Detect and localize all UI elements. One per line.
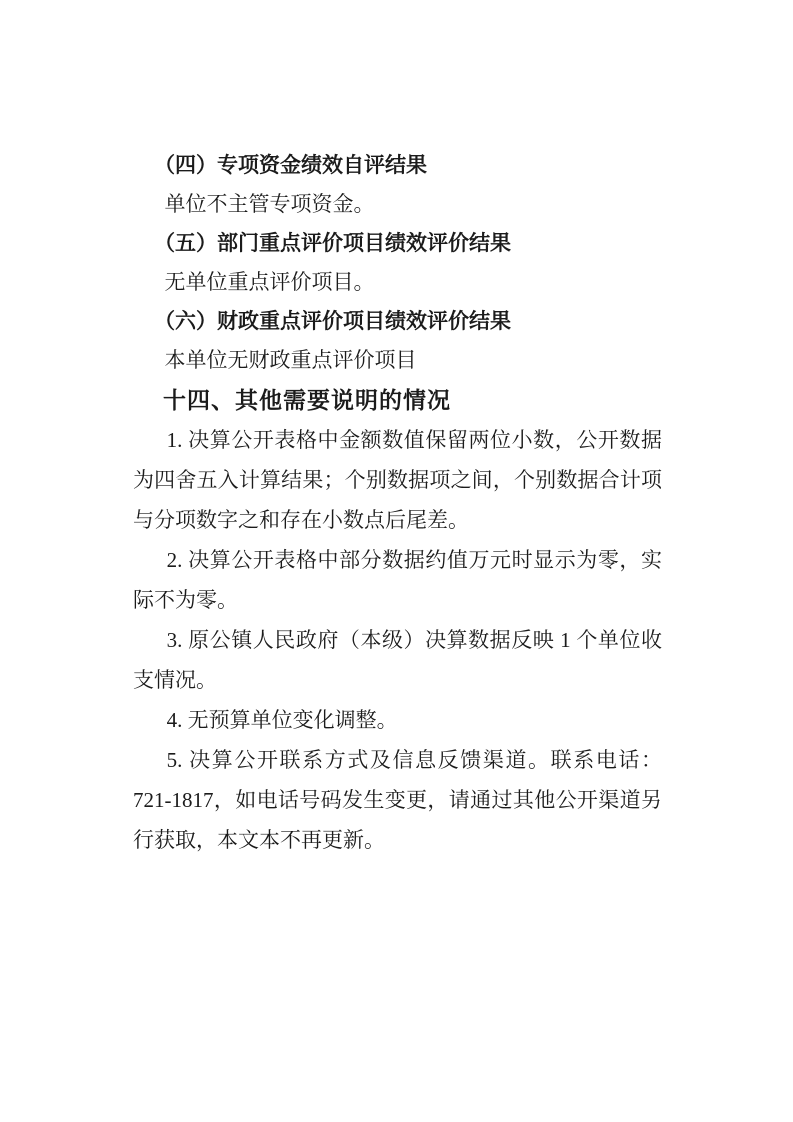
subsection-heading-department-key-projects: （五）部门重点评价项目绩效评价结果 [133, 224, 662, 263]
other-notes-section: 1. 决算公开表格中金额数值保留两位小数，公开数据为四舍五入计算结果；个别数据项… [133, 420, 662, 860]
subsection-body-department-key-projects: 无单位重点评价项目。 [133, 263, 662, 302]
note-paragraph-5: 5. 决算公开联系方式及信息反馈渠道。联系电话：721-1817，如电话号码发生… [133, 740, 662, 860]
note-paragraph-3: 3. 原公镇人民政府（本级）决算数据反映 1 个单位收支情况。 [133, 620, 662, 700]
subsection-heading-special-funds: （四）专项资金绩效自评结果 [133, 146, 662, 185]
document-page: （四）专项资金绩效自评结果 单位不主管专项资金。 （五）部门重点评价项目绩效评价… [0, 0, 793, 1122]
note-paragraph-2: 2. 决算公开表格中部分数据约值万元时显示为零，实际不为零。 [133, 540, 662, 620]
section-heading-other-notes: 十四、其他需要说明的情况 [133, 380, 662, 420]
note-paragraph-1: 1. 决算公开表格中金额数值保留两位小数，公开数据为四舍五入计算结果；个别数据项… [133, 420, 662, 540]
performance-results-section: （四）专项资金绩效自评结果 单位不主管专项资金。 （五）部门重点评价项目绩效评价… [133, 146, 662, 380]
subsection-body-special-funds: 单位不主管专项资金。 [133, 185, 662, 224]
note-paragraph-4: 4. 无预算单位变化调整。 [133, 700, 662, 740]
subsection-body-finance-key-projects: 本单位无财政重点评价项目 [133, 341, 662, 380]
document-content: （四）专项资金绩效自评结果 单位不主管专项资金。 （五）部门重点评价项目绩效评价… [133, 146, 662, 860]
subsection-heading-finance-key-projects: （六）财政重点评价项目绩效评价结果 [133, 302, 662, 341]
